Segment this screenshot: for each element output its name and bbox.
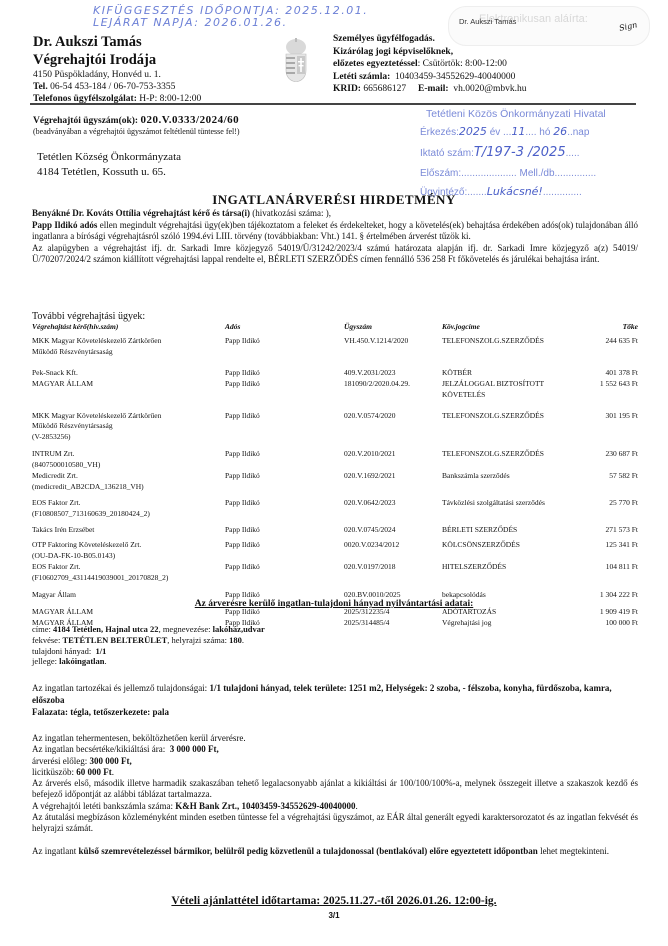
krid-number: 665686127 <box>363 84 406 94</box>
case-number-cell: 020.V.0642/2023 <box>344 498 396 509</box>
creditor-line: (8407500010580_VH) <box>32 460 232 471</box>
claim-title-cell: Távközlési szolgáltatási szerződés <box>442 498 582 509</box>
step-label: licitküszöb: <box>32 767 74 777</box>
e-signature-signer: Dr. Aukszi Tamás <box>459 17 516 26</box>
email-label: E-mail: <box>418 84 449 94</box>
case-label: Végrehajtói ügyszám(ok): <box>33 116 138 126</box>
reception-line3-label: előzetes egyeztetéssel <box>333 59 418 69</box>
share-label: tulajdoni hányad: <box>32 646 91 656</box>
creditor-cell: OTP Faktoring Követeléskezelő Zrt.(OU-DA… <box>32 540 232 562</box>
amount-cell: 230 687 Ft <box>605 449 638 460</box>
case-number-cell: VH.450.V.1214/2020 <box>344 336 408 347</box>
debtor-cell: Papp Ildikó <box>225 525 260 536</box>
stamp-arrival-month: 11 <box>511 125 525 138</box>
col-debtor: Adós <box>225 322 240 333</box>
creditor-intro: Benyákné Dr. Kováts Ottília végrehajtást… <box>32 208 250 218</box>
account-label: Letéti számla: <box>333 72 390 82</box>
property-type: lakóingatlan <box>59 656 104 666</box>
creditor-line: Működő Részvénytársaság <box>32 347 232 358</box>
claim-title-cell: TELEFONSZOLG.SZERZŐDÉS <box>442 411 582 422</box>
creditor-line: MKK Magyar Követeléskezelő Zártkörően <box>32 336 232 347</box>
debtor-cell: Papp Ildikó <box>225 540 260 551</box>
col-creditor: Végrehajtást kérő(hiv.szám) <box>32 322 232 333</box>
claim-title-line: Bankszámla szerződés <box>442 471 582 482</box>
office-title: Végrehajtói Irodája <box>33 51 201 69</box>
krid-label: KRID: <box>333 84 361 94</box>
type-label: jellege: <box>32 656 57 666</box>
amount-cell: 271 573 Ft <box>605 525 638 536</box>
signature-mark: Sign <box>618 20 638 33</box>
property-registry: címe: 4184 Tetétlen, Hajnal utca 22, meg… <box>32 624 265 667</box>
claim-title-cell: JELZÁLOGGAL BIZTOSÍTOTTKÖVETELÉS <box>442 379 582 401</box>
claim-title-line: Végrehajtási jog <box>442 618 582 629</box>
creditor-cell: Medicredit Zrt.(medicredit_AB2CDA_136218… <box>32 471 232 493</box>
claim-title-cell: KÖLCSÖNSZERZŐDÉS <box>442 540 582 551</box>
amount-cell: 100 000 Ft <box>605 618 638 629</box>
bid-step: 60 000 Ft <box>76 767 112 777</box>
claim-title-line: TELEFONSZOLG.SZERZŐDÉS <box>442 449 582 460</box>
claim-title-line: Távközlési szolgáltatási szerződés <box>442 498 582 509</box>
cases-table: Végrehajtást kérő(hiv.szám) Adós Ügyszám… <box>0 322 668 592</box>
creditor-cell: Takács Irén Erzsébet <box>32 525 232 536</box>
recipient-name: Tetétlen Község Önkormányzata <box>37 150 181 165</box>
case-number-cell: 020.V.0574/2020 <box>344 411 396 422</box>
amount-cell: 57 582 Ft <box>609 471 638 482</box>
property-designation: lakóház,udvar <box>213 624 265 634</box>
features-label: Az ingatlan tartozékai és jellemző tulaj… <box>32 683 207 693</box>
col-amount: Tőke <box>623 322 638 333</box>
page-number: 3/1 <box>0 911 668 920</box>
claim-title-cell: Végrehajtási jog <box>442 618 582 629</box>
stamp-reg-number: T/197-3 /2025 <box>474 145 566 160</box>
creditor-cell: EOS Faktor Zrt.(F10602709_43114419039001… <box>32 562 232 584</box>
creditor-line: Működő Részvénytársaság <box>32 421 232 432</box>
creditor-line: OTP Faktoring Követeléskezelő Zrt. <box>32 540 232 551</box>
creditor-cell: MKK Magyar Követeléskezelő ZártkörűenMűk… <box>32 411 232 443</box>
price-label: Az ingatlan becsértéke/kikiáltási ára: <box>32 744 165 754</box>
claim-title-line: KÖVETELÉS <box>442 390 582 401</box>
tel-number: 06-54 453-184 / 06-70-753-3355 <box>50 82 175 92</box>
viewing-post: lehet megtekinteni. <box>538 846 609 856</box>
claim-title-cell: TELEFONSZOLG.SZERZŐDÉS <box>442 336 582 347</box>
basis-paragraph: Az alapügyben a végrehajtást ifj. dr. Sa… <box>32 243 638 266</box>
creditor-line: Medicredit Zrt. <box>32 471 232 482</box>
debtor-cell: Papp Ildikó <box>225 379 260 390</box>
property-location: TETÉTLEN BELTERÜLET <box>62 635 167 645</box>
creditor-cell: MKK Magyar Követeléskezelő ZártkörőenMűk… <box>32 336 232 358</box>
case-number-cell: 020.V.1692/2021 <box>344 471 396 482</box>
creditor-line: (V-2853256) <box>32 432 232 443</box>
viewing-pre: Az ingatlant <box>32 846 79 856</box>
amount-cell: 1 552 643 Ft <box>600 379 638 390</box>
auction-terms: Az ingatlan tehermentesen, beköltözhetőe… <box>32 733 638 857</box>
starting-price: 3 000 000 Ft, <box>170 744 219 754</box>
roof-value: pala <box>152 707 169 717</box>
creditor-cell: EOS Faktor Zrt.(F10808507_713160639_2018… <box>32 498 232 520</box>
recipient-address: 4184 Tetétlen, Kossuth u. 65. <box>37 165 181 180</box>
tel-label: Tel. <box>33 82 48 92</box>
stamp-day-label: nap <box>573 127 590 138</box>
debtor-cell: Papp Ildikó <box>225 368 260 379</box>
claim-title-line: BÉRLETI SZERZŐDÉS <box>442 525 582 536</box>
reception-line2: Kizárólag jogi képviselőknek, <box>333 46 526 59</box>
creditor-line: EOS Faktor Zrt. <box>32 562 232 573</box>
recipient: Tetétlen Község Önkormányzata 4184 Tetét… <box>37 150 181 180</box>
intro-text: Benyákné Dr. Kováts Ottília végrehajtást… <box>32 208 638 266</box>
case-number-cell: 2025/314485/4 <box>344 618 389 629</box>
claim-title-cell: HITELSZERZŐDÉS <box>442 562 582 573</box>
amount-cell: 301 195 Ft <box>605 411 638 422</box>
stamp-arrival-day: 26 <box>553 125 567 138</box>
location-label: fekvése: <box>32 635 60 645</box>
debtor-cell: Papp Ildikó <box>225 449 260 460</box>
deposit-value: 300 000 Ft, <box>89 756 131 766</box>
intro-body: ellen megindult végrehajtási ügy(ek)ben … <box>32 220 638 242</box>
creditor-cell: Pek-Snack Kft. <box>32 368 232 379</box>
col-case: Ügyszám <box>344 322 372 333</box>
claim-title-line: TELEFONSZOLG.SZERZŐDÉS <box>442 336 582 347</box>
offer-period: Vételi ajánlattétel időtartama: 2025.11.… <box>0 895 668 907</box>
creditor-line: (F10602709_43114419039001_20170828_2) <box>32 573 232 584</box>
case-number-cell: 0020.V.0234/2012 <box>344 540 399 551</box>
bank-account: K&H Bank Zrt., 10403459-34552629-4004000… <box>175 801 355 811</box>
claim-title-cell: Bankszámla szerződés <box>442 471 582 482</box>
stamp-prev-label: Előszám: <box>420 168 461 179</box>
walls-label: Falazata: <box>32 707 68 717</box>
creditor-line: Pek-Snack Kft. <box>32 368 232 379</box>
creditor-ref: (hivatkozási száma: ), <box>250 208 331 218</box>
creditor-line: MAGYAR ÁLLAM <box>32 379 232 390</box>
parcel-label: , helyrajzi száma: <box>167 635 227 645</box>
property-structure: Falazata: tégla, tetőszerkezete: pala <box>32 707 169 719</box>
case-number-line: Végrehajtói ügyszám(ok): 020.V.0333/2024… <box>33 114 239 126</box>
case-number-cell: 020.V.0745/2024 <box>344 525 396 536</box>
creditor-line: INTRUM Zrt. <box>32 449 232 460</box>
amount-cell: 401 378 Ft <box>605 368 638 379</box>
address-label: címe: <box>32 624 51 634</box>
creditor-line: (F10808507_713160639_20180424_2) <box>32 509 232 520</box>
creditor-cell: INTRUM Zrt.(8407500010580_VH) <box>32 449 232 471</box>
claim-title-line: TELEFONSZOLG.SZERZŐDÉS <box>442 411 582 422</box>
walls-value: tégla <box>70 707 89 717</box>
account-number: 10403459-34552629-40040000 <box>395 72 515 82</box>
stamp-arrival-year: 2025 <box>459 125 487 138</box>
claim-title-cell: TELEFONSZOLG.SZERZŐDÉS <box>442 449 582 460</box>
auction-condition: Az ingatlan tehermentesen, beköltözhetőe… <box>32 733 638 744</box>
document-title: INGATLANÁRVERÉSI HIRDETMÉNY <box>0 192 668 208</box>
handwritten-expiry-date: LEJÁRAT NAPJA: 2026.01.26. <box>93 16 287 29</box>
claim-title-line: HITELSZERZŐDÉS <box>442 562 582 573</box>
office-address: 4150 Püspökladány, Honvéd u. 1. <box>33 69 201 81</box>
letterhead: Dr. Aukszi Tamás Végrehajtói Irodája 415… <box>33 33 201 105</box>
creditor-line: MKK Magyar Követeléskezelő Zártkörűen <box>32 411 232 422</box>
stamp-month-label: hó <box>539 127 550 138</box>
case-number-cell: 020.V.2010/2021 <box>344 449 396 460</box>
claim-title-line: KÖTBÉR <box>442 368 582 379</box>
creditor-line: (medicredit_AB2CDA_136218_VH) <box>32 482 232 493</box>
viewing-terms: külső szemrevételezéssel bármikor, belül… <box>79 846 538 856</box>
debtor-intro: Papp Ildikó adós <box>32 220 97 230</box>
amount-cell: 125 341 Ft <box>605 540 638 551</box>
property-share: 1/1 <box>96 646 107 656</box>
case-number-cell: 181090/2/2020.04.29. <box>344 379 410 390</box>
creditor-line: Takács Irén Erzsébet <box>32 525 232 536</box>
office-name: Dr. Aukszi Tamás <box>33 33 201 51</box>
reception-info: Személyes ügyfélfogadás. Kizárólag jogi … <box>333 33 526 96</box>
registration-stamp: Tetétleni Közös Önkormányzati Hivatal Ér… <box>420 106 650 201</box>
col-title: Köv.jogcíme <box>442 322 582 333</box>
stamp-year-label: év <box>490 127 501 138</box>
designation-label: , megnevezése: <box>159 624 211 634</box>
cases-heading: További végrehajtási ügyek: <box>32 311 145 322</box>
case-number-cell: 409.V.2031/2023 <box>344 368 396 379</box>
property-address: 4184 Tetétlen, Hajnal utca 22 <box>53 624 159 634</box>
amount-cell: 244 635 Ft <box>605 336 638 347</box>
minimum-offer: Az árverés első, második illetve harmadi… <box>32 778 638 801</box>
case-number-cell: 020.V.0197/2018 <box>344 562 396 573</box>
creditor-line: EOS Faktor Zrt. <box>32 498 232 509</box>
property-features: Az ingatlan tartozékai és jellemző tulaj… <box>32 683 638 706</box>
reception-line1: Személyes ügyfélfogadás. <box>333 33 526 46</box>
bank-label: A végrehajtói letéti bankszámla száma: <box>32 801 173 811</box>
debtor-cell: Papp Ildikó <box>225 562 260 573</box>
claim-title-cell: BÉRLETI SZERZŐDÉS <box>442 525 582 536</box>
transfer-note: Az átutalási megbízáson közleményként mi… <box>32 812 638 835</box>
amount-cell: 25 770 Ft <box>609 498 638 509</box>
claim-title-line: KÖLCSÖNSZERZŐDÉS <box>442 540 582 551</box>
debtor-cell: Papp Ildikó <box>225 471 260 482</box>
stamp-reg-label: Iktató szám: <box>420 148 474 159</box>
property-heading: Az árverésre kerülő ingatlan-tulajdoni h… <box>0 599 668 609</box>
amount-cell: 104 811 Ft <box>606 562 638 573</box>
deposit-label: árverési előleg: <box>32 756 87 766</box>
debtor-cell: Papp Ildikó <box>225 498 260 509</box>
case-number: 020.V.0333/2024/60 <box>140 114 239 126</box>
case-note: (beadványában a végrehajtói ügyszámot fe… <box>33 127 240 136</box>
stamp-title: Tetétleni Közös Önkormányzati Hivatal <box>420 106 650 122</box>
reception-hours: : Csütörtök: 8:00-12:00 <box>418 59 507 69</box>
header-divider <box>30 103 636 105</box>
creditor-line: (OU-DA-FK-10-B05.0143) <box>32 551 232 562</box>
creditor-cell: MAGYAR ÁLLAM <box>32 379 232 390</box>
claim-title-cell: KÖTBÉR <box>442 368 582 379</box>
email-address: vh.0020@mbvk.hu <box>453 84 526 94</box>
stamp-attach-label: Mell./db <box>519 168 554 179</box>
coat-of-arms-icon <box>283 38 309 82</box>
roof-label: , tetőszerkezete: <box>89 707 150 717</box>
claim-title-line: JELZÁLOGGAL BIZTOSÍTOTT <box>442 379 582 390</box>
debtor-cell: Papp Ildikó <box>225 411 260 422</box>
property-parcel: 180 <box>229 635 242 645</box>
stamp-arrival-label: Érkezés: <box>420 127 459 138</box>
debtor-cell: Papp Ildikó <box>225 336 260 347</box>
